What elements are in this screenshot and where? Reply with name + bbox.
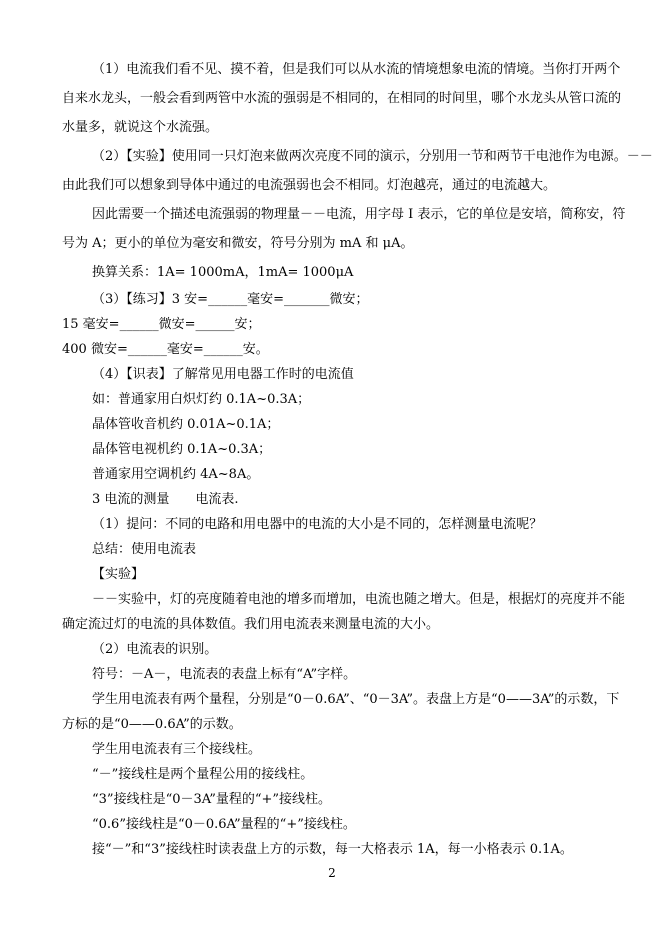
text-line: 学生用电流表有两个量程，分别是“0－0.6A”、“0－3A”。表盘上方是“0——…: [62, 687, 602, 712]
text-line: 由此我们可以想象到导体中通过的电流强弱也会不相同。灯泡越亮，通过的电流越大。: [62, 171, 602, 200]
text-line: “－”接线柱是两个量程公用的接线柱。: [62, 762, 602, 787]
section-body: （3）【练习】3 安=______毫安=_______微安；15 毫安=____…: [62, 287, 602, 862]
text-line: 15 毫安=______微安=______安；: [62, 312, 602, 337]
text-line: 因此需要一个描述电流强弱的物理量－－电流，用字母 I 表示，它的单位是安培，简称…: [62, 200, 602, 229]
text-line: “3”接线柱是“0－3A”量程的“+”接线柱。: [62, 787, 602, 812]
text-line: 方标的是“0——0.6A”的示数。: [62, 712, 602, 737]
text-line: －－实验中，灯的亮度随着电池的增多而增加，电流也随之增大。但是，根据灯的亮度并不…: [62, 587, 602, 612]
text-line: 符号：－A－，电流表的表盘上标有“A”字样。: [62, 662, 602, 687]
text-line: 3 电流的测量 电流表.: [62, 487, 602, 512]
text-line: 400 微安=______毫安=______安。: [62, 337, 602, 362]
text-line: 【实验】: [62, 562, 602, 587]
text-line: 确定流过灯的电流的具体数值。我们用电流表来测量电流的大小。: [62, 612, 602, 637]
text-line: 总结：使用电流表: [62, 537, 602, 562]
text-line: （3）【练习】3 安=______毫安=_______微安；: [62, 287, 602, 312]
text-line: 晶体管电视机约 0.1A~0.3A；: [62, 437, 602, 462]
text-line: 接“－”和“3”接线柱时读表盘上方的示数，每一大格表示 1A，每一小格表示 0.…: [62, 837, 602, 862]
text-line: 如：普通家用白炽灯约 0.1A~0.3A；: [62, 387, 602, 412]
text-line: 学生用电流表有三个接线柱。: [62, 737, 602, 762]
text-line: （1）提问：不同的电路和用电器中的电流的大小是不同的，怎样测量电流呢？: [62, 512, 602, 537]
document-page: （1）电流我们看不见、摸不着，但是我们可以从水流的情境想象电流的情境。当你打开两…: [0, 0, 661, 936]
text-line: “0.6”接线柱是“0－0.6A”量程的“+”接线柱。: [62, 812, 602, 837]
page-number-footer: 2: [62, 864, 602, 882]
text-line: （1）电流我们看不见、摸不着，但是我们可以从水流的情境想象电流的情境。当你打开两…: [62, 55, 602, 84]
text-line: （4）【识表】了解常见用电器工作时的电流值: [62, 362, 602, 387]
text-line: 号为 A；更小的单位为毫安和微安，符号分别为 mA 和 μA。: [62, 229, 602, 258]
text-line: （2）【实验】使用同一只灯泡来做两次亮度不同的演示，分别用一节和两节干电池作为电…: [62, 142, 602, 171]
text-line: 普通家用空调机约 4A~8A。: [62, 462, 602, 487]
document-content: （1）电流我们看不见、摸不着，但是我们可以从水流的情境想象电流的情境。当你打开两…: [62, 55, 602, 862]
text-line: 换算关系：1A= 1000mA，1mA= 1000μA: [62, 258, 602, 287]
text-line: 晶体管收音机约 0.01A~0.1A；: [62, 412, 602, 437]
section-intro: （1）电流我们看不见、摸不着，但是我们可以从水流的情境想象电流的情境。当你打开两…: [62, 55, 602, 287]
text-line: （2）电流表的识别。: [62, 637, 602, 662]
text-line: 水量多，就说这个水流强。: [62, 113, 602, 142]
text-line: 自来水龙头，一般会看到两管中水流的强弱是不相同的，在相同的时间里，哪个水龙头从管…: [62, 84, 602, 113]
